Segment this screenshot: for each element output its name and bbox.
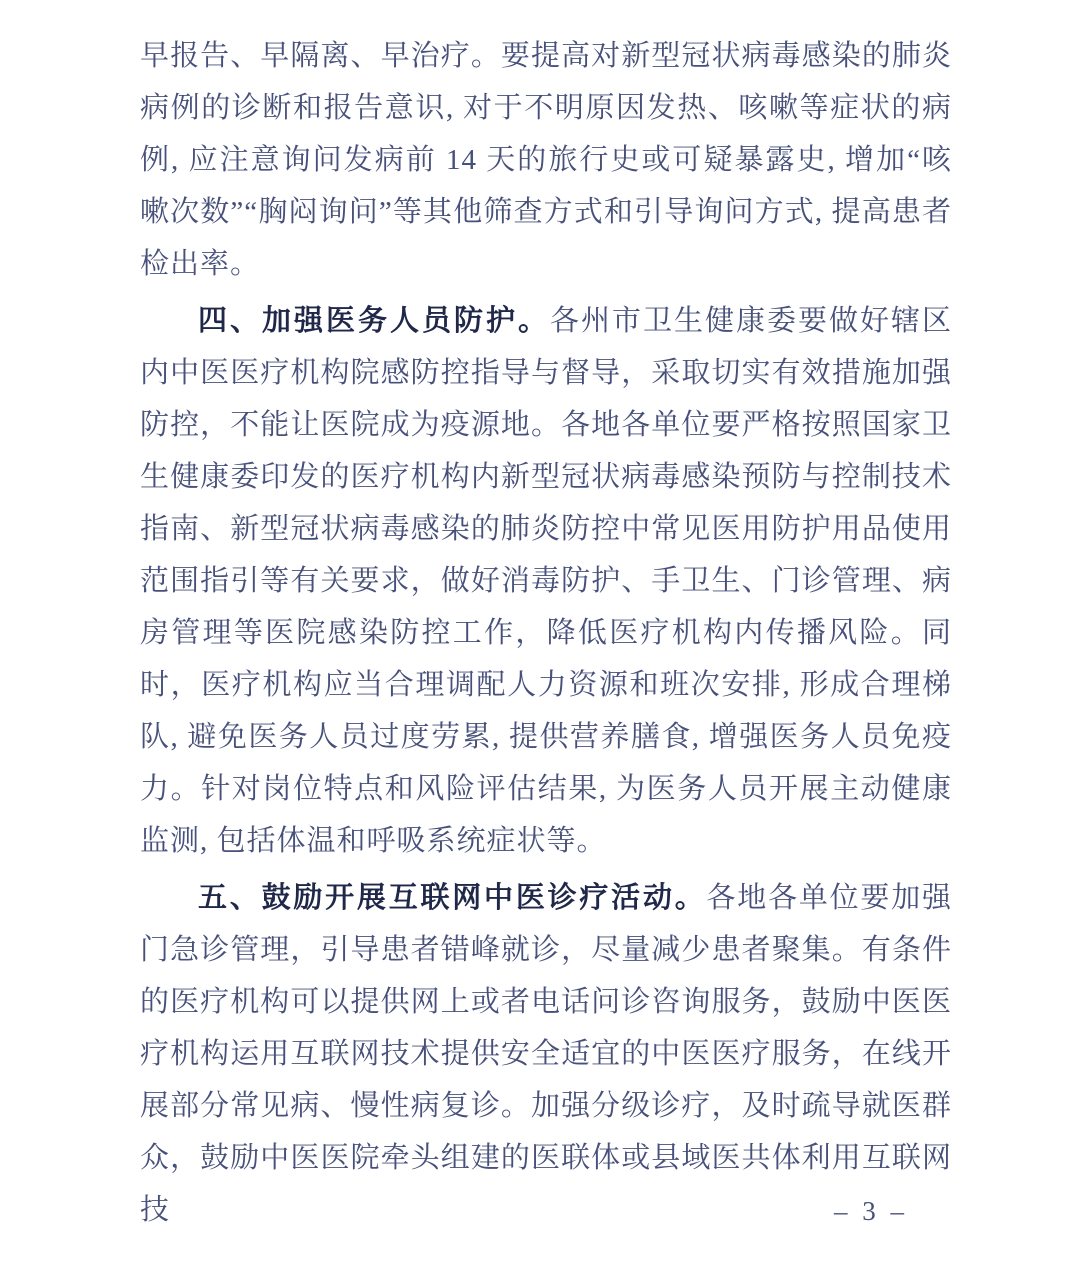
paragraph-text: 早报告、早隔离、早治疗。要提高对新型冠状病毒感染的肺炎病例的诊断和报告意识, 对… [140,40,952,280]
page-content: 早报告、早隔离、早治疗。要提高对新型冠状病毒感染的肺炎病例的诊断和报告意识, 对… [140,30,952,1241]
section-paragraph-5: 五、鼓励开展互联网中医诊疗活动。各地各单位要加强门急诊管理，引导患者错峰就诊，尽… [140,872,952,1236]
section-heading-5: 五、鼓励开展互联网中医诊疗活动。 [198,882,707,914]
paragraph-text: 各州市卫生健康委要做好辖区内中医医疗机构院感防控指导与督导，采取切实有效措施加强… [140,305,952,857]
document-page: 早报告、早隔离、早治疗。要提高对新型冠状病毒感染的肺炎病例的诊断和报告意识, 对… [0,0,1080,1269]
paragraph-continuation: 早报告、早隔离、早治疗。要提高对新型冠状病毒感染的肺炎病例的诊断和报告意识, 对… [140,30,952,290]
paragraph-text: 各地各单位要加强门急诊管理，引导患者错峰就诊，尽量减少患者聚集。有条件的医疗机构… [140,882,952,1226]
page-number: – 3 – [834,1196,908,1227]
section-heading-4: 四、加强医务人员防护。 [198,305,550,337]
section-paragraph-4: 四、加强医务人员防护。各州市卫生健康委要做好辖区内中医医疗机构院感防控指导与督导… [140,295,952,867]
